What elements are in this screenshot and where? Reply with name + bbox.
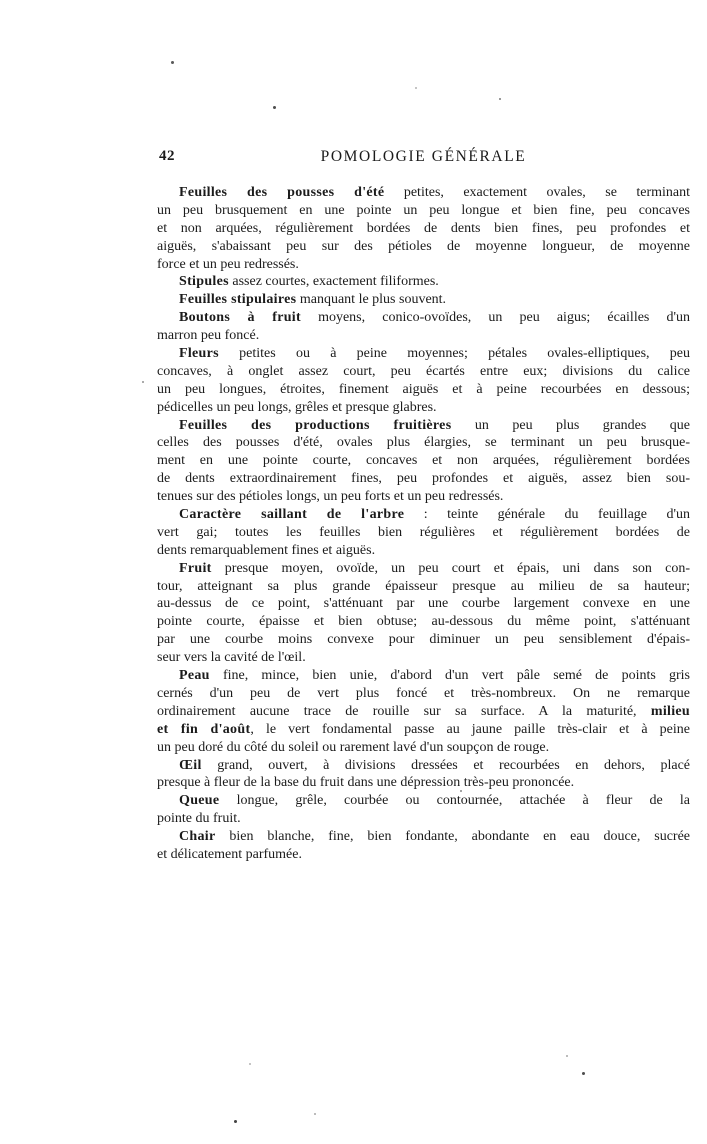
text-line: un peu longues, étroites, finement aiguë… — [157, 381, 690, 399]
text-line: Feuilles stipulaires manquant le plus so… — [157, 291, 690, 309]
scan-speck — [142, 381, 144, 383]
paragraph: Peau fine, mince, bien unie, d'abord d'u… — [157, 667, 690, 756]
text-line: Caractère saillant de l'arbre : teinte g… — [157, 506, 690, 524]
bold-lead-text: Feuilles des productions fruitières — [179, 418, 451, 433]
text-line: Feuilles des pousses d'été petites, exac… — [157, 184, 690, 202]
scanned-book-page: 42 POMOLOGIE GÉNÉRALE Feuilles des pouss… — [0, 0, 707, 1144]
scan-speck — [566, 1055, 568, 1057]
body-text: tour, atteignant sa plus grande épaisseu… — [157, 579, 690, 594]
text-line: ordinairement aucune trace de rouille su… — [157, 703, 690, 721]
body-text: et non arquées, régulièrement bordées de… — [157, 221, 690, 236]
body-text: seur vers la cavité de l'œil. — [157, 650, 306, 665]
body-text: assez courtes, exactement filiformes. — [229, 274, 439, 289]
text-line: par une courbe moins convexe pour diminu… — [157, 631, 690, 649]
scan-speck — [234, 1120, 237, 1123]
body-text: longue, grêle, courbée ou contournée, at… — [219, 793, 690, 808]
text-line: Boutons à fruit moyens, conico-ovoïdes, … — [157, 309, 690, 327]
body-text: , le vert fondamental passe au jaune pai… — [250, 722, 690, 737]
body-text: pointe du fruit. — [157, 811, 241, 826]
text-line: tour, atteignant sa plus grande épaisseu… — [157, 578, 690, 596]
text-line: tenues sur des pétioles longs, un peu fo… — [157, 488, 690, 506]
body-text: presque à fleur de la base du fruit dans… — [157, 775, 574, 790]
bold-lead-text: et fin d'août — [157, 722, 250, 737]
paragraph: Stipules assez courtes, exactement filif… — [157, 273, 690, 291]
text-line: Feuilles des productions fruitières un p… — [157, 417, 690, 435]
body-text: manquant le plus souvent. — [296, 292, 446, 307]
body-text: pointe courte, épaisse et bien obtuse; a… — [157, 614, 690, 629]
text-line: pédicelles un peu longs, grêles et presq… — [157, 399, 690, 417]
bold-lead-text: Caractère saillant de l'arbre — [179, 507, 404, 522]
scan-speck — [249, 1063, 251, 1065]
text-line: Fruit presque moyen, ovoïde, un peu cour… — [157, 560, 690, 578]
paragraph: Fruit presque moyen, ovoïde, un peu cour… — [157, 560, 690, 667]
paragraph: Feuilles stipulaires manquant le plus so… — [157, 291, 690, 309]
body-text: marron peu foncé. — [157, 328, 259, 343]
text-line: et délicatement parfumée. — [157, 846, 690, 864]
body-text: ordinairement aucune trace de rouille su… — [157, 704, 651, 719]
bold-lead-text: Feuilles des pousses d'été — [179, 185, 384, 200]
body-text: bien blanche, fine, bien fondante, abond… — [216, 829, 691, 844]
text-line: et non arquées, régulièrement bordées de… — [157, 220, 690, 238]
body-text: un peu longues, étroites, finement aiguë… — [157, 382, 690, 397]
body-text: concaves, à onglet assez court, peu écar… — [157, 364, 690, 379]
body-text: aiguës, s'abaissant peu sur des pétioles… — [157, 239, 690, 254]
body-text: presque moyen, ovoïde, un peu court et é… — [212, 561, 690, 576]
text-line: marron peu foncé. — [157, 327, 690, 345]
bold-lead-text: milieu — [651, 704, 690, 719]
text-line: Stipules assez courtes, exactement filif… — [157, 273, 690, 291]
paragraph: Feuilles des productions fruitières un p… — [157, 417, 690, 506]
text-body: Feuilles des pousses d'été petites, exac… — [157, 184, 690, 864]
bold-lead-text: Chair — [179, 829, 216, 844]
body-text: celles des pousses d'été, ovales plus él… — [157, 435, 690, 450]
text-line: Œil grand, ouvert, à divisions dressées … — [157, 757, 690, 775]
text-line: celles des pousses d'été, ovales plus él… — [157, 434, 690, 452]
text-line: Fleurs petites ou à peine moyennes; péta… — [157, 345, 690, 363]
text-line: ment en une pointe courte, concaves et n… — [157, 452, 690, 470]
body-text: un peu plus grandes que — [451, 418, 690, 433]
text-line: de dents extraordinairement fines, peu p… — [157, 470, 690, 488]
body-text: par une courbe moins convexe pour diminu… — [157, 632, 690, 647]
scan-speck — [273, 106, 276, 109]
page-header: 42 POMOLOGIE GÉNÉRALE — [157, 148, 690, 168]
text-line: vert gai; toutes les feuilles bien régul… — [157, 524, 690, 542]
text-line: concaves, à onglet assez court, peu écar… — [157, 363, 690, 381]
scan-speck — [171, 61, 174, 64]
running-title: POMOLOGIE GÉNÉRALE — [157, 148, 690, 166]
scan-speck — [499, 98, 501, 100]
bold-lead-text: Œil — [179, 758, 202, 773]
paragraph: Caractère saillant de l'arbre : teinte g… — [157, 506, 690, 560]
text-line: un peu doré du côté du soleil ou raremen… — [157, 739, 690, 757]
body-text: vert gai; toutes les feuilles bien régul… — [157, 525, 690, 540]
body-text: : teinte générale du feuillage d'un — [404, 507, 690, 522]
text-line: aiguës, s'abaissant peu sur des pétioles… — [157, 238, 690, 256]
paragraph: Œil grand, ouvert, à divisions dressées … — [157, 757, 690, 793]
body-text: petites ou à peine moyennes; pétales ova… — [219, 346, 690, 361]
paragraph: Feuilles des pousses d'été petites, exac… — [157, 184, 690, 273]
bold-lead-text: Queue — [179, 793, 219, 808]
text-line: Peau fine, mince, bien unie, d'abord d'u… — [157, 667, 690, 685]
body-text: petites, exactement ovales, se terminant — [384, 185, 690, 200]
scan-speck — [316, 743, 318, 745]
body-text: force et un peu redressés. — [157, 257, 299, 272]
paragraph: Boutons à fruit moyens, conico-ovoïdes, … — [157, 309, 690, 345]
body-text: au-dessus de ce point, s'atténuant par u… — [157, 596, 690, 611]
text-line: et fin d'août, le vert fondamental passe… — [157, 721, 690, 739]
scan-speck — [582, 1072, 585, 1075]
paragraph: Fleurs petites ou à peine moyennes; péta… — [157, 345, 690, 417]
text-line: dents remarquablement fines et aiguës. — [157, 542, 690, 560]
body-text: fine, mince, bien unie, d'abord d'un ver… — [210, 668, 690, 683]
body-text: un peu doré du côté du soleil ou raremen… — [157, 740, 549, 755]
bold-lead-text: Stipules — [179, 274, 229, 289]
body-text: grand, ouvert, à divisions dressées et r… — [202, 758, 690, 773]
text-line: force et un peu redressés. — [157, 256, 690, 274]
scan-speck — [314, 1113, 316, 1115]
body-text: moyens, conico-ovoïdes, un peu aigus; éc… — [301, 310, 690, 325]
body-text: cernés d'un peu de vert plus foncé et tr… — [157, 686, 690, 701]
text-line: au-dessus de ce point, s'atténuant par u… — [157, 595, 690, 613]
text-line: seur vers la cavité de l'œil. — [157, 649, 690, 667]
body-text: tenues sur des pétioles longs, un peu fo… — [157, 489, 503, 504]
text-line: Queue longue, grêle, courbée ou contourn… — [157, 792, 690, 810]
text-line: pointe du fruit. — [157, 810, 690, 828]
bold-lead-text: Peau — [179, 668, 210, 683]
bold-lead-text: Fruit — [179, 561, 212, 576]
body-text: ment en une pointe courte, concaves et n… — [157, 453, 690, 468]
text-line: cernés d'un peu de vert plus foncé et tr… — [157, 685, 690, 703]
scan-speck — [415, 87, 417, 89]
scan-speck — [460, 790, 462, 792]
bold-lead-text: Feuilles stipulaires — [179, 292, 296, 307]
paragraph: Queue longue, grêle, courbée ou contourn… — [157, 792, 690, 828]
body-text: et délicatement parfumée. — [157, 847, 302, 862]
body-text: dents remarquablement fines et aiguës. — [157, 543, 375, 558]
text-line: pointe courte, épaisse et bien obtuse; a… — [157, 613, 690, 631]
paragraph: Chair bien blanche, fine, bien fondante,… — [157, 828, 690, 864]
bold-lead-text: Boutons à fruit — [179, 310, 301, 325]
bold-lead-text: Fleurs — [179, 346, 219, 361]
body-text: de dents extraordinairement fines, peu p… — [157, 471, 690, 486]
text-line: un peu brusquement en une pointe un peu … — [157, 202, 690, 220]
body-text: un peu brusquement en une pointe un peu … — [157, 203, 690, 218]
body-text: pédicelles un peu longs, grêles et presq… — [157, 400, 437, 415]
text-line: Chair bien blanche, fine, bien fondante,… — [157, 828, 690, 846]
text-line: presque à fleur de la base du fruit dans… — [157, 774, 690, 792]
